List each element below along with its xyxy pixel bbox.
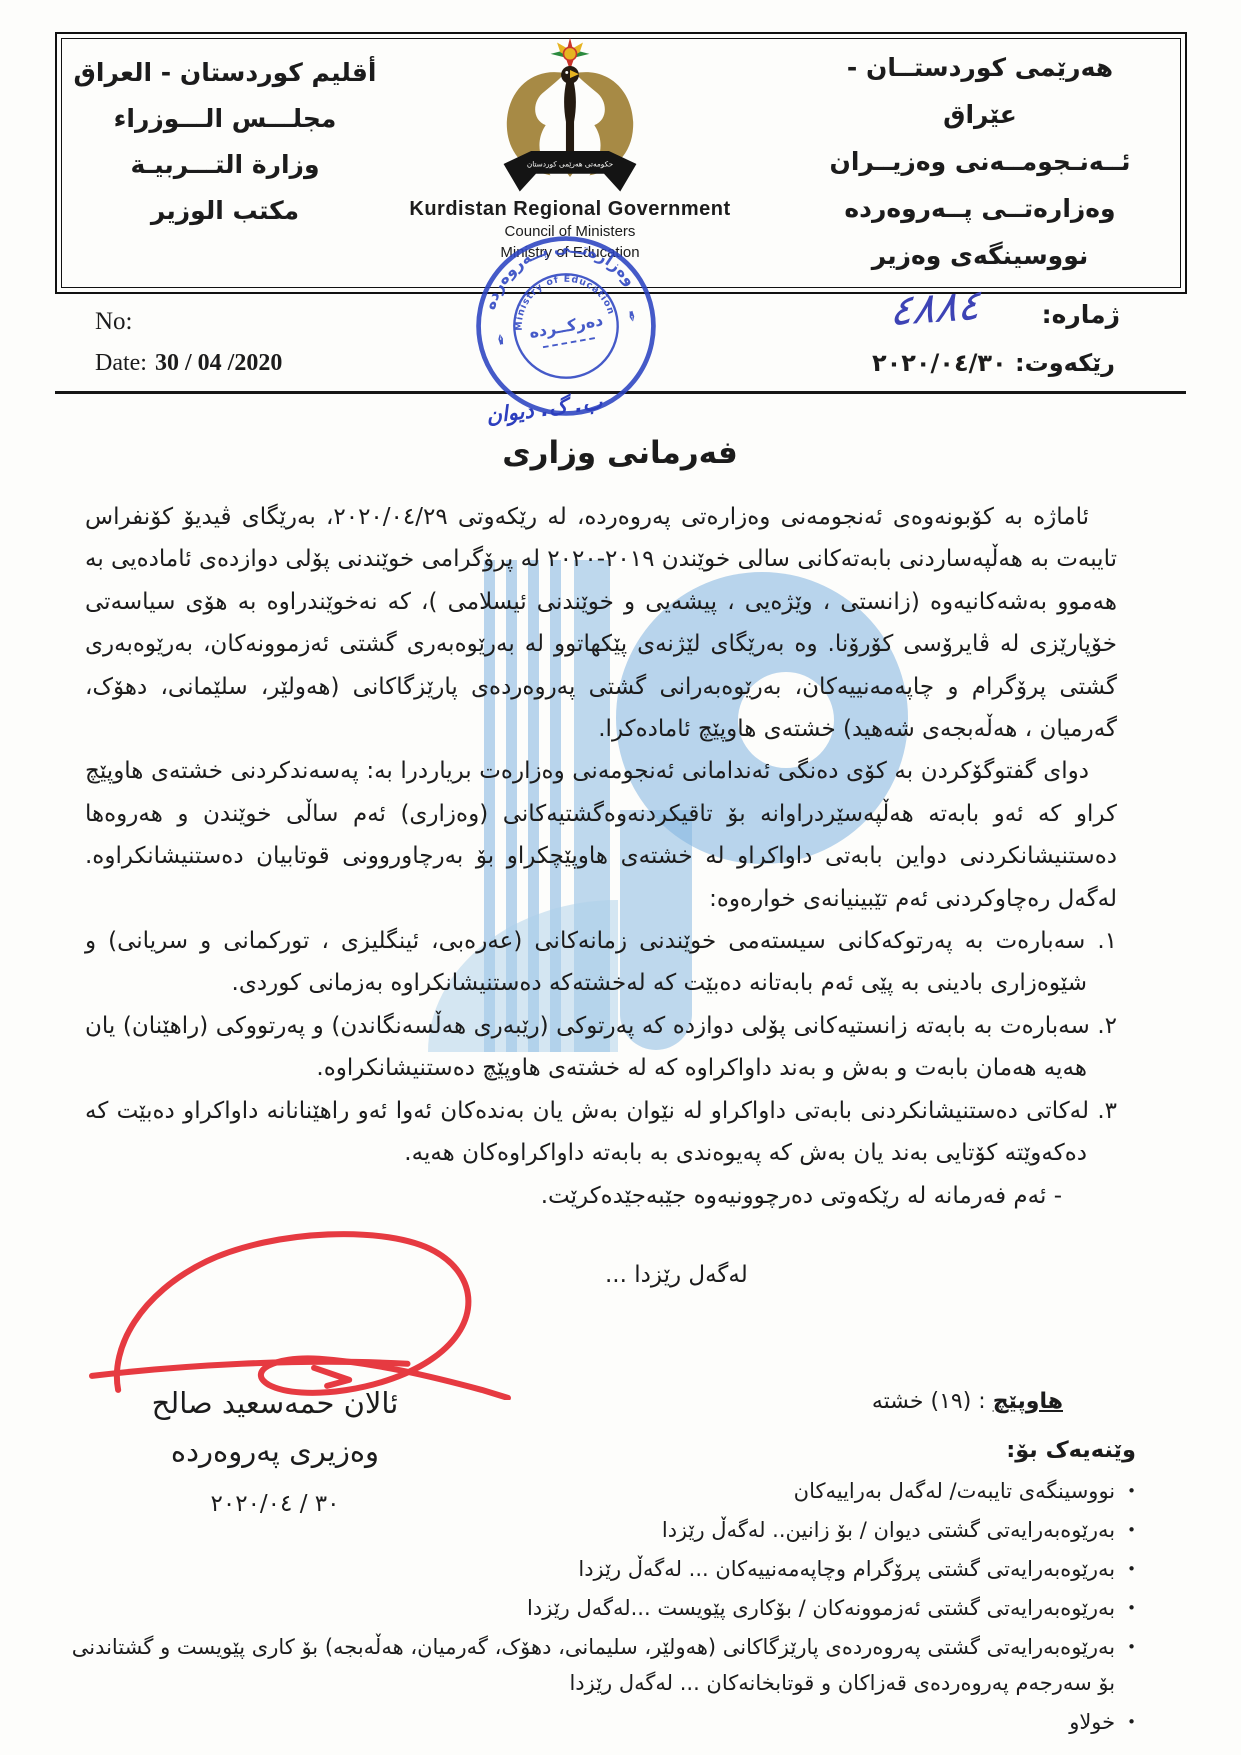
body-paragraph-2: دوای گفتوگۆکردن بە کۆی دەنگی ئەندامانی ئ… (85, 750, 1117, 920)
cc-item: •خولاو (60, 1704, 1136, 1740)
cc-list: وێنەیەک بۆ: •نووسینگەی تایبەت/ لەگەل بەر… (60, 1437, 1136, 1743)
arabic-line: وزارة التـــربيـة (70, 142, 380, 188)
kurdish-line: نووسینگەی وەزیر (810, 232, 1150, 279)
arabic-line: مكتب الوزير (70, 188, 380, 234)
cc-heading: وێنەیەک بۆ: (60, 1437, 1136, 1463)
stamp-pen-icon: ✒ (491, 332, 511, 348)
org-name-english: Kurdistan Regional Government (390, 198, 750, 221)
date-value: 30 / 04 /2020 (155, 350, 282, 376)
kurdish-line: ئــەنـجومــەنی وەزیــران (810, 138, 1150, 185)
bullet-icon: • (1127, 1512, 1136, 1548)
stamp-center-text: دەرکــردە (528, 310, 605, 342)
no-label: No: (95, 308, 133, 336)
banner-text: حکومەتی هەرێمی کوردستان (527, 159, 613, 168)
cc-item: •نووسینگەی تایبەت/ لەگەل بەراییەکان (60, 1473, 1136, 1509)
bullet-icon: • (1127, 1551, 1136, 1587)
body-paragraph-1: ئاماژە بە کۆبونەوەی ئەنجومەنی وەزارەتی پ… (85, 496, 1117, 750)
numbered-item-2: ٢. سەبارەت بە بابەتە زانستیەکانی پۆلی دو… (85, 1005, 1117, 1090)
cc-item-text: بەرێوەبەرایەتی گشتی پەروەردەی پارێزگاکان… (60, 1629, 1115, 1701)
kurdish-line: وەزارەتــی پــەروەردە (810, 185, 1150, 232)
official-letter-page: أقليم كوردستان - العراق مجلـــس الـــوزر… (0, 0, 1241, 1755)
numbered-item-3: ٣. لەکاتی دەستنیشانکردنی بابەتی داواکراو… (85, 1090, 1117, 1175)
numbered-item-1: ١. سەبارەت بە پەرتوکەکانی سیستەمی خوێندن… (85, 920, 1117, 1005)
bullet-icon: • (1127, 1473, 1136, 1509)
letterhead-kurdish: هەرێمی کوردستــان - عێراق ئــەنـجومــەنی… (810, 44, 1150, 279)
arabic-line: أقليم كوردستان - العراق (70, 50, 380, 96)
krg-emblem: حکومەتی هەرێمی کوردستان (462, 36, 678, 198)
number-label: ژماره: (1020, 300, 1120, 329)
date-row: Date:30 / 04 /2020 (95, 350, 282, 377)
document-title: فەرمانی وزاری (420, 435, 820, 471)
kurdish-date-row: رێکەوت: ٢٠٢٠/٠٤/٣٠ (830, 349, 1115, 377)
attachment-note: هاوپێچ : (١٩) خشتە (818, 1389, 1063, 1414)
cc-item: •بەرێوەبەرایەتی گشتی پرۆگرام وچاپەمەنییە… (60, 1551, 1136, 1587)
banner-ribbon: حکومەتی هەرێمی کوردستان (504, 151, 637, 192)
kurdish-date-label: رێکەوت: (1015, 349, 1115, 377)
cc-item: •بەرێوەبەرایەتی گشتی دیوان / بۆ زانین.. … (60, 1512, 1136, 1548)
bullet-icon: • (1127, 1590, 1136, 1626)
document-body: ئاماژە بە کۆبونەوەی ئەنجومەنی وەزارەتی پ… (85, 496, 1117, 1217)
cc-item-text: نووسینگەی تایبەت/ لەگەل بەراییەکان (794, 1473, 1115, 1509)
arabic-line: مجلـــس الـــوزراء (70, 96, 380, 142)
stamp-pen-icon: ✒ (621, 309, 641, 325)
bullet-icon: • (1127, 1704, 1136, 1740)
cc-item-text: بەرێوەبەرایەتی گشتی پرۆگرام وچاپەمەنییەک… (578, 1551, 1115, 1587)
cc-item-text: بەرێوەبەرایەتی گشتی ئەزموونەکان / بۆکاری… (527, 1590, 1115, 1626)
attachment-label: هاوپێچ (993, 1389, 1063, 1414)
cc-item: •بەرێوەبەرایەتی گشتی ئەزموونەکان / بۆکار… (60, 1590, 1136, 1626)
minister-signature (88, 1205, 520, 1400)
kurdish-date-value: ٢٠٢٠/٠٤/٣٠ (872, 349, 1007, 377)
attachment-value: : (١٩) خشتە (872, 1389, 993, 1414)
kurdistan-sun-icon (551, 38, 590, 70)
letterhead-arabic: أقليم كوردستان - العراق مجلـــس الـــوزر… (70, 50, 380, 234)
cc-item-text: بەرێوەبەرایەتی گشتی دیوان / بۆ زانین.. ل… (662, 1512, 1115, 1548)
cc-item-text: خولاو (1069, 1704, 1115, 1740)
bullet-icon: • (1127, 1629, 1136, 1665)
cc-item: •بەرێوەبەرایەتی گشتی پەروەردەی پارێزگاکا… (60, 1629, 1136, 1701)
closing-salutation: لەگەل رێزدا ... (605, 1262, 748, 1288)
date-label: Date: (95, 350, 147, 376)
kurdish-line: هەرێمی کوردستــان - عێراق (810, 44, 1150, 138)
